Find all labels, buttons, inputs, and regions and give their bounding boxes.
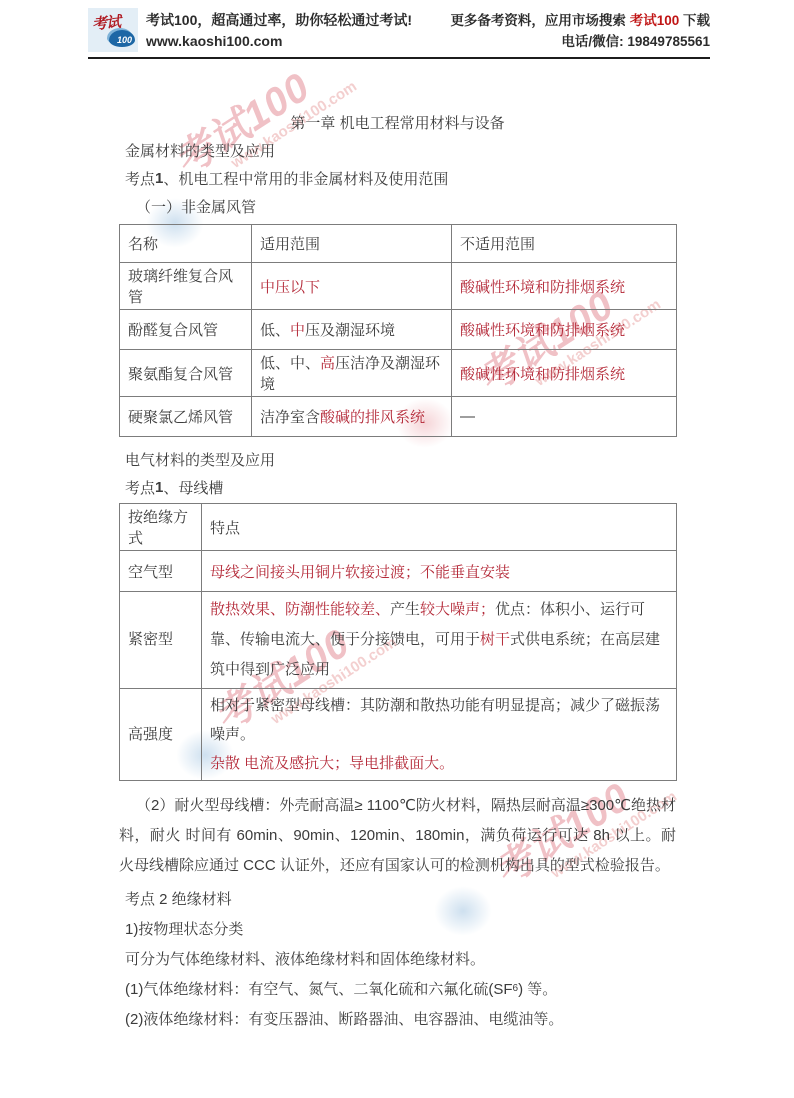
busway-table: 按绝缘方式 特点 空气型 母线之间接头用铜片软接过渡；不能垂直安装 紧密型 散热… — [119, 503, 677, 781]
applicable-range-cell: 低、中压及潮湿环境 — [252, 310, 452, 350]
kaoshi100-logo: 考试 100 — [88, 8, 138, 52]
material-name-cell: 酚醛复合风管 — [120, 310, 252, 350]
document-body: 第一章 机电工程常用材料与设备 金属材料的类型及应用 考点 1 、机电工程中常用… — [119, 108, 676, 1033]
gas-insulation-line: (1)气体绝缘材料：有空气、氮气、二氧化硫和六氟化硫(SF6 ) 等。 — [119, 973, 676, 1003]
column-header-feature: 特点 — [202, 504, 677, 551]
not-applicable-cell: — — [452, 397, 677, 437]
nonmetal-duct-subheading: （一）非金属风管 — [119, 192, 676, 220]
keypoint-1-nonmetal: 考点 1 、机电工程中常用的非金属材料及使用范围 — [119, 164, 676, 192]
header-left-block: 考试100，超高通过率，助你轻松通过考试! www.kaoshi100.com — [146, 10, 412, 52]
header-promo: 更多备考资料，应用市场搜索 考试100 下载 — [450, 10, 710, 31]
table-header-row: 按绝缘方式 特点 — [120, 504, 677, 551]
table-row: 高强度 相对于紧密型母线槽：其防潮和散热功能有明显提高；减少了磁振荡噪声。 杂散… — [120, 689, 677, 781]
material-name-cell: 聚氨酯复合风管 — [120, 350, 252, 397]
physical-state-heading: 1)按物理状态分类 — [119, 913, 676, 943]
header-contact: 电话/微信: 19849785561 — [450, 31, 710, 52]
busway-type-cell: 紧密型 — [120, 592, 202, 689]
header-divider — [88, 57, 710, 59]
metal-materials-heading: 金属材料的类型及应用 — [119, 136, 676, 164]
busway-feature-line1: 相对于紧密型母线槽：其防潮和散热功能有明显提高；减少了磁振荡噪声。 — [210, 691, 668, 749]
logo-number: 100 — [117, 35, 132, 45]
busway-type-cell: 高强度 — [120, 689, 202, 781]
chapter-title: 第一章 机电工程常用材料与设备 — [119, 108, 676, 136]
nonmetal-duct-table: 名称 适用范围 不适用范围 玻璃纤维复合风管 中压以下 酸碱性环境和防排烟系统 … — [119, 224, 677, 437]
table-row: 硬聚氯乙烯风管 洁净室含酸碱的排风系统 — — [120, 397, 677, 437]
not-applicable-cell: 酸碱性环境和防排烟系统 — [452, 263, 677, 310]
applicable-range-cell: 洁净室含酸碱的排风系统 — [252, 397, 452, 437]
liquid-insulation-line: (2)液体绝缘材料：有变压器油、断路器油、电容器油、电缆油等。 — [119, 1003, 676, 1033]
header-website: www.kaoshi100.com — [146, 31, 412, 52]
busway-type-cell: 空气型 — [120, 551, 202, 592]
table-row: 空气型 母线之间接头用铜片软接过渡；不能垂直安装 — [120, 551, 677, 592]
applicable-range-cell: 低、中、高压洁净及潮湿环境 — [252, 350, 452, 397]
document-page: { "colors": { "red": "#b42938", "text": … — [0, 0, 794, 1098]
keypoint-1-busway: 考点 1 、母线槽 — [119, 473, 676, 501]
column-header-applicable: 适用范围 — [252, 225, 452, 263]
header-right-block: 更多备考资料，应用市场搜索 考试100 下载 电话/微信: 1984978556… — [450, 10, 710, 52]
column-header-name: 名称 — [120, 225, 252, 263]
busway-feature-cell: 相对于紧密型母线槽：其防潮和散热功能有明显提高；减少了磁振荡噪声。 杂散 电流及… — [202, 689, 677, 781]
page-header: 考试 100 考试100，超高通过率，助你轻松通过考试! www.kaoshi1… — [88, 8, 710, 54]
column-header-insulation: 按绝缘方式 — [120, 504, 202, 551]
table-header-row: 名称 适用范围 不适用范围 — [120, 225, 677, 263]
table-row: 紧密型 散热效果、防潮性能较差、产生较大噪声；优点：体积小、运行可靠、传输电流大… — [120, 592, 677, 689]
header-slogan: 考试100，超高通过率，助你轻松通过考试! — [146, 10, 412, 31]
applicable-range-cell: 中压以下 — [252, 263, 452, 310]
fireproof-busway-paragraph: （2）耐火型母线槽：外壳耐高温≥ 1100℃防火材料，隔热层耐高温≥300℃绝热… — [119, 791, 676, 881]
not-applicable-cell: 酸碱性环境和防排烟系统 — [452, 350, 677, 397]
material-name-cell: 硬聚氯乙烯风管 — [120, 397, 252, 437]
table-row: 聚氨酯复合风管 低、中、高压洁净及潮湿环境 酸碱性环境和防排烟系统 — [120, 350, 677, 397]
busway-feature-cell: 散热效果、防潮性能较差、产生较大噪声；优点：体积小、运行可靠、传输电流大、便于分… — [202, 592, 677, 689]
column-header-not-applicable: 不适用范围 — [452, 225, 677, 263]
busway-feature-line2: 杂散 电流及感抗大；导电排截面大。 — [210, 749, 668, 778]
not-applicable-cell: 酸碱性环境和防排烟系统 — [452, 310, 677, 350]
electric-materials-heading: 电气材料的类型及应用 — [119, 445, 676, 473]
busway-feature-cell: 母线之间接头用铜片软接过渡；不能垂直安装 — [202, 551, 677, 592]
keypoint-2-insulation: 考点 2 绝缘材料 — [119, 883, 676, 913]
table-row: 玻璃纤维复合风管 中压以下 酸碱性环境和防排烟系统 — [120, 263, 677, 310]
material-name-cell: 玻璃纤维复合风管 — [120, 263, 252, 310]
table-row: 酚醛复合风管 低、中压及潮湿环境 酸碱性环境和防排烟系统 — [120, 310, 677, 350]
classification-line: 可分为气体绝缘材料、液体绝缘材料和固体绝缘材料。 — [119, 943, 676, 973]
